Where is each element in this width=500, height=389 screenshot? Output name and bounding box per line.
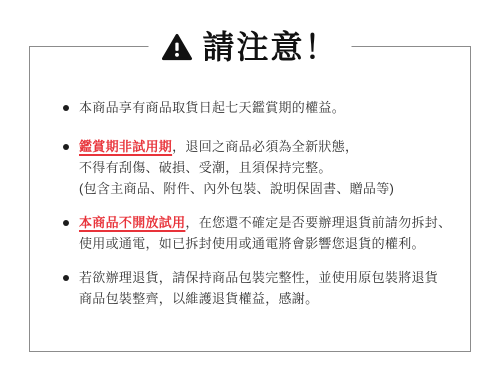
highlighted-text: 本商品不開放試用 xyxy=(79,215,185,230)
highlighted-text: 鑑賞期非試用期 xyxy=(79,139,172,154)
list-item: 本商品享有商品取貨日起七天鑑賞期的權益。 xyxy=(63,97,452,118)
notice-line: (包含主商品、附件、內外包裝、說明保固書、贈品等) xyxy=(79,178,394,199)
bullet-text: 本商品不開放試用，在您還不確定是否要辦理退貨前請勿拆封、 使用或通電，如已拆封使… xyxy=(79,212,451,254)
notice-line: 鑑賞期非試用期，退回之商品必須為全新狀態， xyxy=(79,136,394,157)
warning-triangle-icon xyxy=(161,33,192,61)
bullet-dot xyxy=(63,220,69,226)
notice-list: 本商品享有商品取貨日起七天鑑賞期的權益。 鑑賞期非試用期，退回之商品必須為全新狀… xyxy=(30,47,470,309)
notice-title-text: 請注意！ xyxy=(202,31,338,63)
notice-line: 本商品享有商品取貨日起七天鑑賞期的權益。 xyxy=(79,97,345,118)
notice-line-rest: ，退回之商品必須為全新狀態， xyxy=(172,139,358,154)
bullet-text: 若欲辦理退貨，請保持商品包裝完整性，並使用原包裝將退貨 商品包裝整齊，以維護退貨… xyxy=(79,267,438,309)
notice-line-rest: ，在您還不確定是否要辦理退貨前請勿拆封、 xyxy=(185,215,451,230)
notice-box: 請注意！ 本商品享有商品取貨日起七天鑑賞期的權益。 鑑賞期非試用期，退回之商品必… xyxy=(29,46,471,352)
list-item: 本商品不開放試用，在您還不確定是否要辦理退貨前請勿拆封、 使用或通電，如已拆封使… xyxy=(63,212,452,254)
notice-page: 請注意！ 本商品享有商品取貨日起七天鑑賞期的權益。 鑑賞期非試用期，退回之商品必… xyxy=(0,0,500,389)
bullet-text: 本商品享有商品取貨日起七天鑑賞期的權益。 xyxy=(79,97,345,118)
notice-line: 不得有刮傷、破損、受潮，且須保持完整。 xyxy=(79,157,394,178)
list-item: 鑑賞期非試用期，退回之商品必須為全新狀態， 不得有刮傷、破損、受潮，且須保持完整… xyxy=(63,136,452,199)
notice-line: 商品包裝整齊，以維護退貨權益，感謝。 xyxy=(79,288,438,309)
bullet-dot xyxy=(63,105,69,111)
bullet-text: 鑑賞期非試用期，退回之商品必須為全新狀態， 不得有刮傷、破損、受潮，且須保持完整… xyxy=(79,136,394,199)
notice-line: 本商品不開放試用，在您還不確定是否要辦理退貨前請勿拆封、 xyxy=(79,212,451,233)
list-item: 若欲辦理退貨，請保持商品包裝完整性，並使用原包裝將退貨 商品包裝整齊，以維護退貨… xyxy=(63,267,452,309)
bullet-dot xyxy=(63,144,69,150)
notice-title: 請注意！ xyxy=(148,26,351,68)
notice-line: 使用或通電，如已拆封使用或通電將會影響您退貨的權利。 xyxy=(79,233,451,254)
notice-line: 若欲辦理退貨，請保持商品包裝完整性，並使用原包裝將退貨 xyxy=(79,267,438,288)
bullet-dot xyxy=(63,275,69,281)
